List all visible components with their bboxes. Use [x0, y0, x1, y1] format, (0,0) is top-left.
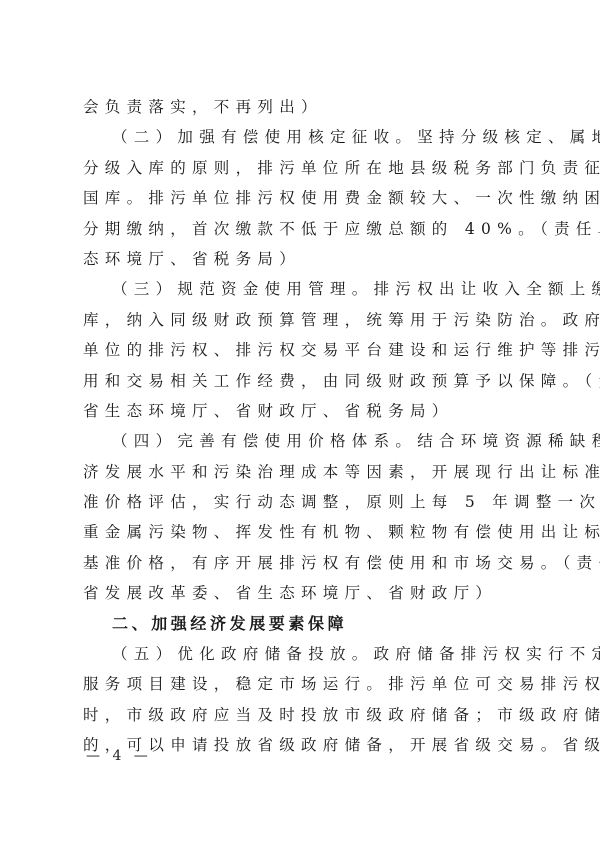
text-line: 会负责落实，不再列出）: [83, 92, 523, 122]
chapter-heading: 二、加强经济发展要素保障: [83, 609, 523, 639]
text-line: 分期缴纳，首次缴款不低于应缴总额的 40%。（责任单位：省生: [83, 214, 523, 244]
text-line: 国库。排污单位排污权使用费金额较大、一次性缴纳困难的，可: [83, 183, 523, 213]
section-2-title-line: （二）加强有偿使用核定征收。坚持分级核定、属地征收、: [83, 122, 523, 152]
text-line: 时，市级政府应当及时投放市级政府储备；市级政府储备不足: [83, 700, 523, 730]
section-4-title-line: （四）完善有偿使用价格体系。结合环境资源稀缺程度、经: [83, 426, 523, 456]
text-line: 省发展改革委、省生态环境厅、省财政厅）: [83, 578, 523, 608]
text-line: 分级入库的原则，排污单位所在地县级税务部门负责征收并缴入: [83, 153, 523, 183]
text-line: 单位的排污权、排污权交易平台建设和运行维护等排污权有偿使: [83, 335, 523, 365]
text-line: 基准价格，有序开展排污权有偿使用和市场交易。（责任单位：: [83, 548, 523, 578]
text-line: 准价格评估，实行动态调整，原则上每 5 年调整一次。适时制定: [83, 487, 523, 517]
text-line: 省生态环境厅、省财政厅、省税务局）: [83, 396, 523, 426]
text-line: 态环境厅、省税务局）: [83, 244, 523, 274]
text-line: 服务项目建设，稳定市场运行。排污单位可交易排污权供应紧缺: [83, 669, 523, 699]
document-page: 会负责落实，不再列出） （二）加强有偿使用核定征收。坚持分级核定、属地征收、 分…: [83, 92, 523, 761]
section-5-title-line: （五）优化政府储备投放。政府储备排污权实行不定期投放，: [83, 639, 523, 669]
page-number: — 4 —: [86, 748, 152, 764]
text-line: 重金属污染物、挥发性有机物、颗粒物有偿使用出让标准和交易: [83, 517, 523, 547]
section-3-title-line: （三）规范资金使用管理。排污权出让收入全额上缴同级国: [83, 274, 523, 304]
text-line: 济发展水平和污染治理成本等因素，开展现行出让标准和交易基: [83, 457, 523, 487]
text-line: 库，纳入同级财政预算管理，统筹用于污染防治。政府回购排污: [83, 305, 523, 335]
text-line: 用和交易相关工作经费，由同级财政预算予以保障。（责任单位：: [83, 366, 523, 396]
